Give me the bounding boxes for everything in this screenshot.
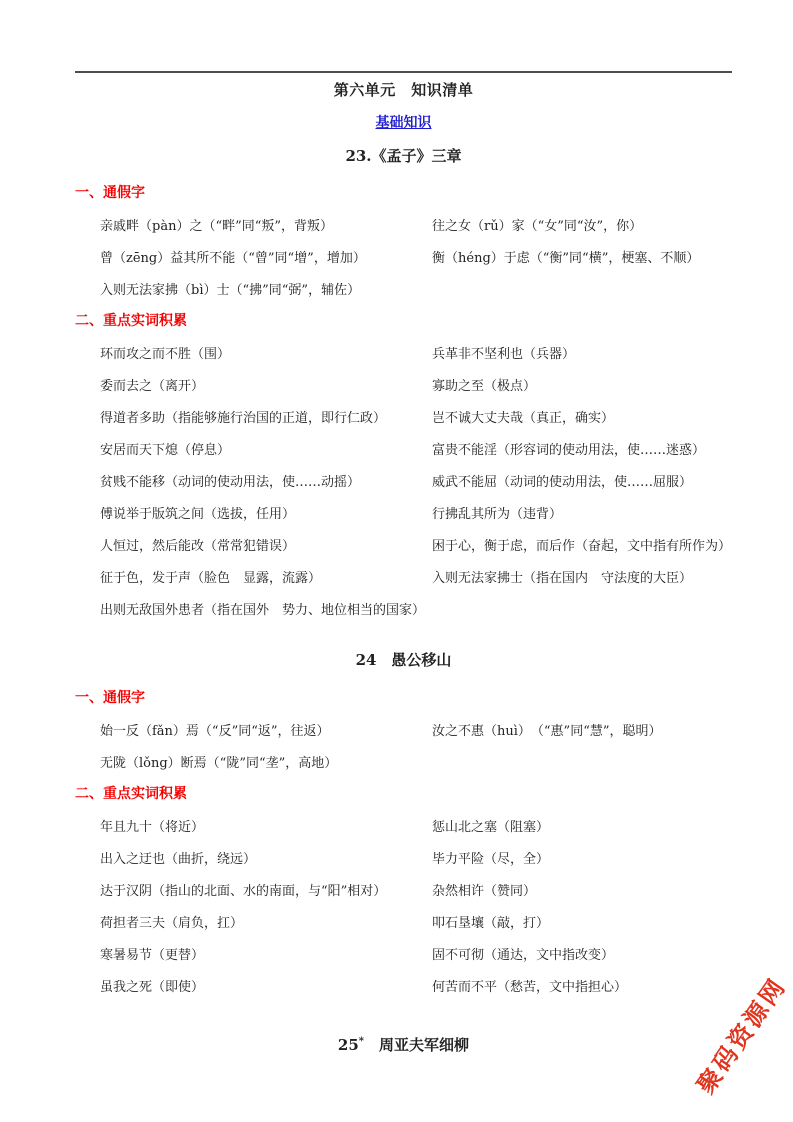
vocab-entry: 贫贱不能移（动词的使动用法，使……动摇） [100,471,432,490]
vocab-entry: 入则无法家拂（bì）士（“拂”同“弼”，辅佐） [100,279,432,298]
vocab-entry: 出则无敌国外患者（指在国外 势力、地位相当的国家） [100,599,432,618]
vocab-entry: 无陇（lǒng）断焉（“陇”同“垄”，高地） [100,752,432,771]
section-shici-23: 二、重点实词积累 [75,304,732,336]
vocab-entry: 毕力平险（尽，全） [432,848,732,867]
section-shici-24: 二、重点实词积累 [75,777,732,809]
vocab-row: 曾（zēng）益其所不能（“曾”同“增”，增加） 衡（héng）于虑（“衡”同“… [75,240,732,272]
basics-link-row: 基础知识 [75,112,732,132]
vocab-entry: 委而去之（离开） [100,375,432,394]
unit-title: 第六单元 知识清单 [75,80,732,101]
lesson-25-number: 25 [338,1036,359,1054]
vocab-row: 始一反（fǎn）焉（“反”同“返”，往返） 汝之不惠（huì） （“惠”同“慧”… [75,713,732,745]
vocab-entry: 何苦而不平（愁苦，文中指担心） [432,976,732,995]
vocab-row: 达于汉阴（指山的北面、水的南面，与“阳”相对） 杂然相许（赞同） [75,873,732,905]
lesson-25-name: 周亚夫军细柳 [379,1036,469,1054]
vocab-entry: 征于色，发于声（脸色 显露，流露） [100,567,432,586]
vocab-entry: 年且九十（将近） [100,816,432,835]
lesson-24-title: 24 愚公移山 [75,650,732,671]
basics-knowledge-link[interactable]: 基础知识 [376,113,432,133]
vocab-entry: 入则无法家拂士（指在国内 守法度的大臣） [432,567,732,586]
vocab-entry: 威武不能屈（动词的使动用法，使……屈服） [432,471,732,490]
vocab-row: 傅说举于版筑之间（选拔，任用） 行拂乱其所为（违背） [75,496,732,528]
vocab-row: 虽我之死（即使） 何苦而不平（愁苦，文中指担心） [75,969,732,1001]
vocab-entry: 行拂乱其所为（违背） [432,503,732,522]
lesson-25-title: 25* 周亚夫军细柳 [75,1031,732,1052]
vocab-row: 人恒过，然后能改（常常犯错误） 困于心，衡于虑，而后作（奋起，文中指有所作为） [75,528,732,560]
section-tongjiazi-23: 一、通假字 [75,176,732,208]
vocab-row: 征于色，发于声（脸色 显露，流露） 入则无法家拂士（指在国内 守法度的大臣） [75,560,732,592]
vocab-entry: 寒暑易节（更替） [100,944,432,963]
vocab-entry: 出入之迂也（曲折，绕远） [100,848,432,867]
document-page: 第六单元 知识清单 基础知识 23.《孟子》三章 一、通假字 亲戚畔（pàn）之… [0,0,793,1122]
vocab-entry: 环而攻之而不胜（围） [100,343,432,362]
vocab-entry: 富贵不能淫（形容词的使动用法，使……迷惑） [432,439,732,458]
page-content: 第六单元 知识清单 基础知识 23.《孟子》三章 一、通假字 亲戚畔（pàn）之… [75,0,732,1052]
header-rule [75,71,732,73]
vocab-entry: 岂不诚大丈夫哉（真正，确实） [432,407,732,426]
vocab-row: 入则无法家拂（bì）士（“拂”同“弼”，辅佐） [75,272,732,304]
vocab-entry: 人恒过，然后能改（常常犯错误） [100,535,432,554]
lesson-25-star: * [359,1036,364,1047]
vocab-row: 荷担者三夫（肩负，扛） 叩石垦壤（敲，打） [75,905,732,937]
vocab-entry: 衡（héng）于虑（“衡”同“横”，梗塞、不顺） [432,247,732,266]
vocab-entry: 往之女（rǔ）家（“女”同“汝”，你） [432,215,732,234]
vocab-entry: 叩石垦壤（敲，打） [432,912,732,931]
vocab-row: 无陇（lǒng）断焉（“陇”同“垄”，高地） [75,745,732,777]
section-tongjiazi-24: 一、通假字 [75,681,732,713]
vocab-entry: 困于心，衡于虑，而后作（奋起，文中指有所作为） [432,535,732,554]
vocab-entry: 安居而天下熄（停息） [100,439,432,458]
vocab-row: 贫贱不能移（动词的使动用法，使……动摇） 威武不能屈（动词的使动用法，使……屈服… [75,464,732,496]
vocab-entry: 达于汉阴（指山的北面、水的南面，与“阳”相对） [100,880,432,899]
vocab-row: 得道者多助（指能够施行治国的正道，即行仁政） 岂不诚大丈夫哉（真正，确实） [75,400,732,432]
vocab-entry: 亲戚畔（pàn）之（“畔”同“叛”，背叛） [100,215,432,234]
vocab-entry: 曾（zēng）益其所不能（“曾”同“增”，增加） [100,247,432,266]
vocab-row: 安居而天下熄（停息） 富贵不能淫（形容词的使动用法，使……迷惑） [75,432,732,464]
vocab-row: 出则无敌国外患者（指在国外 势力、地位相当的国家） [75,592,732,624]
vocab-entry: 荷担者三夫（肩负，扛） [100,912,432,931]
vocab-entry: 汝之不惠（huì） （“惠”同“慧”，聪明） [432,720,732,739]
vocab-entry: 傅说举于版筑之间（选拔，任用） [100,503,432,522]
vocab-entry: 始一反（fǎn）焉（“反”同“返”，往返） [100,720,432,739]
vocab-entry: 得道者多助（指能够施行治国的正道，即行仁政） [100,407,432,426]
vocab-row: 出入之迂也（曲折，绕远） 毕力平险（尽，全） [75,841,732,873]
vocab-entry: 兵革非不坚利也（兵器） [432,343,732,362]
vocab-row: 年且九十（将近） 惩山北之塞（阻塞） [75,809,732,841]
vocab-entry: 虽我之死（即使） [100,976,432,995]
vocab-row: 寒暑易节（更替） 固不可彻（通达，文中指改变） [75,937,732,969]
vocab-entry: 固不可彻（通达，文中指改变） [432,944,732,963]
vocab-row: 亲戚畔（pàn）之（“畔”同“叛”，背叛） 往之女（rǔ）家（“女”同“汝”，你… [75,208,732,240]
lesson-23-title: 23.《孟子》三章 [75,146,732,167]
vocab-entry: 惩山北之塞（阻塞） [432,816,732,835]
vocab-entry: 杂然相许（赞同） [432,880,732,899]
vocab-entry: 寡助之至（极点） [432,375,732,394]
vocab-row: 环而攻之而不胜（围） 兵革非不坚利也（兵器） [75,336,732,368]
vocab-row: 委而去之（离开） 寡助之至（极点） [75,368,732,400]
